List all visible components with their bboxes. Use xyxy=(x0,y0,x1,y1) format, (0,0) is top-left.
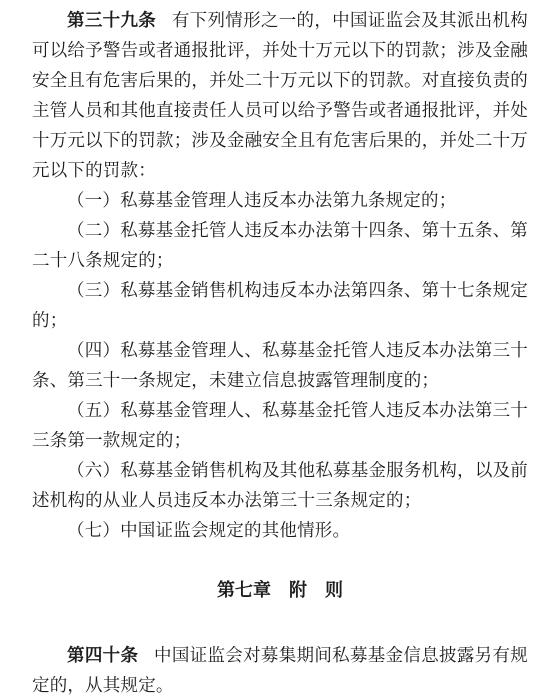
chapter-7-heading: 第七章 附 则 xyxy=(32,575,528,605)
article-39-paragraph: 第三十九条有下列情形之一的，中国证监会及其派出机构可以给予警告或者通报批评，并处… xyxy=(32,5,528,185)
clause-item-4: （四）私募基金管理人、私募基金托管人违反本办法第三十条、第三十一条规定，未建立信… xyxy=(32,335,528,395)
document-page: 第三十九条有下列情形之一的，中国证监会及其派出机构可以给予警告或者通报批评，并处… xyxy=(0,0,550,700)
article-39-number: 第三十九条 xyxy=(67,10,156,30)
clause-item-1: （一）私募基金管理人违反本办法第九条规定的； xyxy=(32,185,528,215)
clause-item-5: （五）私募基金管理人、私募基金托管人违反本办法第三十三条第一款规定的； xyxy=(32,395,528,455)
clause-item-2: （二）私募基金托管人违反本办法第十四条、第十五条、第二十八条规定的； xyxy=(32,215,528,275)
clause-item-7: （七）中国证监会规定的其他情形。 xyxy=(32,515,528,545)
article-40-number: 第四十条 xyxy=(67,645,138,665)
clause-item-6: （六）私募基金销售机构及其他私募基金服务机构，以及前述机构的从业人员违反本办法第… xyxy=(32,455,528,515)
article-40-paragraph: 第四十条中国证监会对募集期间私募基金信息披露另有规定的，从其规定。 xyxy=(32,640,528,700)
article-39-body: 有下列情形之一的，中国证监会及其派出机构可以给予警告或者通报批评，并处十万元以下… xyxy=(32,10,528,180)
clause-item-3: （三）私募基金销售机构违反本办法第四条、第十七条规定的； xyxy=(32,275,528,335)
